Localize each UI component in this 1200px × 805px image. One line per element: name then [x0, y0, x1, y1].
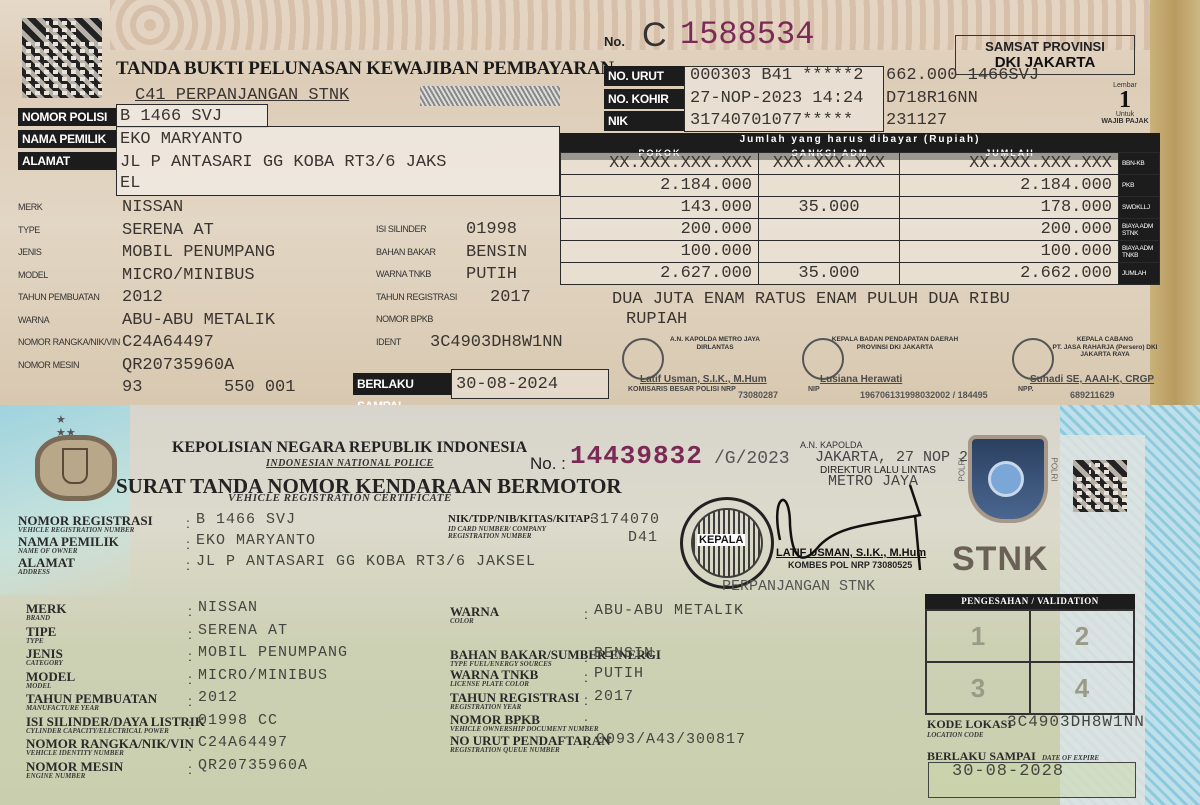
payment-row: 2.627.00035.0002.662.000JUMLAH [561, 263, 1160, 285]
no-urut-value: 000303 B41 *****2 [690, 66, 863, 85]
signatory-rank: KOMISARIS BESAR POLISI NRP [628, 386, 736, 393]
cert-field-value: 0093/A43/300817 [596, 731, 746, 748]
serial-series: C [642, 16, 667, 55]
jumlah-cell: 100.000 [900, 241, 1119, 263]
vehicle-label: MERK [18, 202, 42, 212]
signatory-name: Suhadi SE, AAAI-K, CRGP [1030, 374, 1154, 385]
cert-field-value: 2012 [198, 689, 238, 706]
vehicle-label: BAHAN BAKAR [376, 247, 436, 257]
sanksi-cell [759, 219, 900, 241]
cert-field-value: 2017 [594, 688, 634, 705]
receipt-title: TANDA BUKTI PELUNASAN KEWAJIBAN PEMBAYAR… [116, 58, 614, 80]
cert-field-sub: COLOR [450, 617, 474, 625]
row-label: BIAYA ADM STNK [1119, 219, 1160, 241]
payment-caption: Jumlah yang harus dibayar (Rupiah) [560, 133, 1160, 147]
colon: : [586, 735, 590, 751]
validation-header: PENGESAHAN / VALIDATION [925, 594, 1135, 609]
nik-label: NIK/TDP/NIB/KITAS/KITAP: [448, 513, 594, 525]
pokok-cell: 100.000 [561, 241, 759, 263]
redacted-barcode [420, 86, 560, 106]
nik-extra: 231127 [886, 111, 947, 130]
sanksi-cell: 35.000 [759, 263, 900, 285]
cert-field-sub: MANUFACTURE YEAR [26, 704, 99, 712]
sanksi-cell [759, 175, 900, 197]
serial-number: 1588534 [680, 16, 814, 53]
cert-field-value: SERENA AT [198, 622, 288, 639]
cert-field-sub: CATEGORY [26, 659, 63, 667]
jumlah-cell: XX.XXX.XXX.XXX [900, 153, 1119, 175]
vehicle-label: WARNA [18, 315, 49, 325]
cert-number-label: No. : [530, 454, 566, 474]
cert-field-value: EKO MARYANTO [196, 532, 316, 549]
signatory-title: A.N. KAPOLDA METRO JAYA [650, 336, 780, 343]
vehicle-value: SERENA AT [122, 221, 214, 240]
vehicle-value: PUTIH [466, 265, 517, 284]
owner-name-value: EKO MARYANTO [120, 130, 242, 149]
no-kohir-extra: D718R16NN [886, 89, 978, 108]
location-code-value: 3C4903DH8W1NN [1007, 713, 1145, 731]
agency-name-en: INDONESIAN NATIONAL POLICE [266, 458, 434, 469]
vehicle-label: NOMOR RANGKA/NIK/VIN [18, 337, 120, 347]
vehicle-label: WARNA TNKB [376, 269, 431, 279]
cert-field-sub: VEHICLE IDENTITY NUMBER [26, 749, 124, 757]
certificate-title-en: VEHICLE REGISTRATION CERTIFICATE [228, 492, 452, 504]
cert-field-sub: VEHICLE REGISTRATION NUMBER [18, 526, 134, 534]
colon: : [186, 515, 190, 531]
colon: : [188, 603, 192, 619]
payment-row: 143.00035.000178.000SWDKLLJ [561, 197, 1160, 219]
cert-field-value: NISSAN [198, 599, 258, 616]
cert-field-value: PUTIH [594, 665, 644, 682]
signatory-title: KEPALA CABANG [1040, 336, 1170, 343]
jumlah-cell: 178.000 [900, 197, 1119, 219]
vehicle-label: TAHUN PEMBUATAN [18, 292, 100, 302]
valid-until-value: 30-08-2024 [456, 375, 558, 394]
expiry-value: 30-08-2028 [952, 762, 1064, 781]
signer-name: LATIF USMAN, S.I.K., M.Hum [776, 547, 926, 559]
colon: : [584, 606, 588, 622]
sanksi-cell: XXX.XXX.XXX [759, 153, 900, 175]
sanksi-cell [759, 241, 900, 263]
pokok-cell: 200.000 [561, 219, 759, 241]
cert-field-value: 01998 CC [198, 712, 278, 729]
address-value-cont: EL [120, 174, 140, 193]
address-value: JL P ANTASARI GG KOBA RT3/6 JAKS [120, 153, 446, 172]
service-label: PERPANJANGAN STNK [722, 578, 875, 595]
row-label: SWDKLLJ [1119, 197, 1160, 219]
jumlah-cell: 200.000 [900, 219, 1119, 241]
payment-row: 200.000200.000BIAYA ADM STNK [561, 219, 1160, 241]
label-nomor-polisi: NOMOR POLISI [18, 108, 116, 126]
cert-field-sub: BRAND [26, 614, 50, 622]
jumlah-cell: 2.184.000 [900, 175, 1119, 197]
cert-field-value: B 1466 SVJ [196, 511, 296, 528]
signatory-title2: PROVINSI DKI JAKARTA [830, 344, 960, 351]
vehicle-value: 01998 [466, 220, 517, 239]
no-urut-extra: 662.000 1466SVJ [886, 66, 1039, 85]
office-line1: SAMSAT PROVINSI [956, 39, 1134, 54]
pokok-cell: XX.XXX.XXX.XXX [561, 153, 759, 175]
cert-field-sub: LICENSE PLATE COLOR [450, 680, 529, 688]
vehicle-label: TYPE [18, 225, 40, 235]
cert-field-sub: ENGINE NUMBER [26, 772, 85, 780]
cert-number-suffix: /G/2023 [714, 449, 790, 469]
vehicle-value: 93 550 001 [122, 378, 295, 397]
row-label: BBN-KB [1119, 153, 1160, 175]
signatory-id: 73080287 [738, 390, 778, 400]
nik-value: 3174070 [590, 511, 660, 528]
location-code-label: KODE LOKASI [927, 718, 1012, 730]
row-label: PKB [1119, 175, 1160, 197]
payment-row: 100.000100.000BIAYA ADM TNKB [561, 241, 1160, 263]
pokok-cell: 143.000 [561, 197, 759, 219]
cert-field-value: MOBIL PENUMPANG [198, 644, 348, 661]
colon: : [188, 626, 192, 642]
payment-row: 2.184.0002.184.000PKB [561, 175, 1160, 197]
vehicle-label: MODEL [18, 270, 48, 280]
label-nik-bg: NIK [604, 111, 684, 131]
vehicle-value: BENSIN [466, 243, 527, 262]
pokok-cell: 2.627.000 [561, 263, 759, 285]
colon: : [188, 671, 192, 687]
colon: : [584, 714, 588, 730]
nik-value2: D41 [628, 529, 658, 546]
vehicle-label: IDENT [376, 337, 401, 347]
expiry-label: BERLAKU SAMPAI [927, 750, 1036, 762]
payment-table: XX.XXX.XXX.XXXXXX.XXX.XXXXX.XXX.XXX.XXXB… [560, 152, 1160, 285]
police-emblem-icon [35, 435, 117, 501]
signatory-title2: DIRLANTAS [650, 344, 780, 351]
colon: : [188, 738, 192, 754]
qr-code-icon [22, 18, 102, 98]
colon: : [188, 693, 192, 709]
amount-in-words-cont: RUPIAH [626, 310, 687, 329]
vehicle-value: NISSAN [122, 198, 183, 217]
colon: : [188, 716, 192, 732]
label-no-kohir-bg: NO. KOHIR [604, 89, 684, 109]
validation-cell-4: 4 [1030, 662, 1134, 714]
validation-grid: 1 2 3 4 [925, 609, 1135, 715]
no-kohir-value: 27-NOP-2023 14:24 [690, 89, 863, 108]
cert-field-sub: REGISTRATION QUEUE NUMBER [450, 746, 560, 754]
colon: : [188, 648, 192, 664]
cert-field-sub: VEHICLE OWNERSHIP DOCUMENT NUMBER [450, 725, 599, 733]
vehicle-label: NOMOR MESIN [18, 360, 79, 370]
cert-number: 14439832 [570, 441, 703, 471]
tax-payment-receipt: TANDA BUKTI PELUNASAN KEWAJIBAN PEMBAYAR… [0, 0, 1200, 405]
colon: : [186, 557, 190, 573]
nik-sub: ID CARD NUMBER/ COMPANY REGISTRATION NUM… [448, 526, 578, 540]
validation-cell-1: 1 [926, 610, 1030, 662]
colon: : [584, 649, 588, 665]
cert-field-sub: NAME OF OWNER [18, 547, 77, 555]
label-nama-pemilik: NAMA PEMILIK [18, 130, 116, 148]
vehicle-registration-certificate: ★★★ KEPOLISIAN NEGARA REPUBLIK INDONESIA… [0, 405, 1200, 805]
vehicle-value: 3C4903DH8W1NN [430, 333, 563, 352]
cert-field-value: JL P ANTASARI GG KOBA RT3/6 JAKSEL [196, 553, 536, 570]
payment-row: XX.XXX.XXX.XXXXXX.XXX.XXXXX.XXX.XXX.XXXB… [561, 153, 1160, 175]
signer-rank: KOMBES POL NRP 73080525 [788, 560, 912, 570]
colon: : [584, 669, 588, 685]
stnk-logo-text: STNK [952, 540, 1049, 579]
qr-code-icon [1073, 460, 1127, 512]
colon: : [188, 761, 192, 777]
label-alamat: ALAMAT [18, 152, 116, 170]
police-number-value: B 1466 SVJ [120, 107, 222, 126]
nik-value: 31740701077***** [690, 111, 853, 130]
row-label: JUMLAH [1119, 263, 1160, 285]
cert-field-value: C24A64497 [198, 734, 288, 751]
cert-field-sub: TYPE [26, 637, 44, 645]
signatory-title2: PT. JASA RAHARJA (Persero) DKI JAKARTA R… [1040, 344, 1170, 358]
label-no-urut-bg: NO. URUT [604, 66, 684, 86]
pokok-cell: 2.184.000 [561, 175, 759, 197]
validation-cell-2: 2 [1030, 610, 1134, 662]
signatory-title: KEPALA BADAN PENDAPATAN DAERAH [830, 336, 960, 343]
amount-in-words: DUA JUTA ENAM RATUS ENAM PULUH DUA RIBU [612, 290, 1010, 309]
signatory-id: 689211629 [1070, 390, 1115, 400]
validation-cell-3: 3 [926, 662, 1030, 714]
vehicle-value: ABU-ABU METALIK [122, 311, 275, 330]
sanksi-cell: 35.000 [759, 197, 900, 219]
signatory-id: 196706131998032002 / 184495 [860, 390, 988, 400]
vehicle-value: MICRO/MINIBUS [122, 266, 255, 285]
expiry-sub: DATE OF EXPIRE [1042, 754, 1099, 762]
colon: : [186, 536, 190, 552]
jumlah-cell: 2.662.000 [900, 263, 1119, 285]
signatory-name: Latif Usman, S.I.K., M.Hum [640, 374, 767, 385]
signatory-name: Lusiana Herawati [820, 374, 902, 385]
signatory-rank: NPP. [1018, 386, 1033, 393]
vehicle-label: NOMOR BPKB [376, 314, 433, 324]
row-label: BIAYA ADM TNKB [1119, 241, 1160, 263]
service-name: C41 PERPANJANGAN STNK [135, 86, 349, 105]
cert-field-value: BENSIN [594, 645, 654, 662]
vehicle-label: JENIS [18, 247, 42, 257]
colon: : [584, 692, 588, 708]
vehicle-value: 2017 [490, 288, 531, 307]
serial-prefix: No. [604, 34, 625, 49]
vehicle-label: TAHUN REGISTRASI [376, 292, 457, 302]
cert-field-sub: ADDRESS [18, 568, 50, 576]
location-code-sub: LOCATION CODE [927, 731, 984, 739]
vehicle-value: 2012 [122, 288, 163, 307]
cert-field-sub: REGISTRATION YEAR [450, 703, 521, 711]
label-valid-until: BERLAKU SAMPAI [353, 373, 451, 395]
cert-field-value: ABU-ABU METALIK [594, 602, 744, 619]
cert-field-value: MICRO/MINIBUS [198, 667, 328, 684]
agency-name: KEPOLISIAN NEGARA REPUBLIK INDONESIA [172, 439, 527, 457]
vehicle-value: C24A64497 [122, 333, 214, 352]
stnk-emblem: POLRI POLRI [950, 425, 1060, 545]
vehicle-value: MOBIL PENUMPANG [122, 243, 275, 262]
signatory-rank: NIP [808, 386, 820, 393]
sheet-marker: Lembar 1 Untuk WAJIB PAJAK [1100, 82, 1150, 125]
vehicle-value: QR20735960A [122, 356, 234, 375]
vehicle-label: ISI SILINDER [376, 224, 426, 234]
cert-field-value: QR20735960A [198, 757, 308, 774]
cert-field-sub: CYLINDER CAPACITY/ELECTRICAL POWER [26, 727, 169, 735]
cert-field-sub: MODEL [26, 682, 51, 690]
